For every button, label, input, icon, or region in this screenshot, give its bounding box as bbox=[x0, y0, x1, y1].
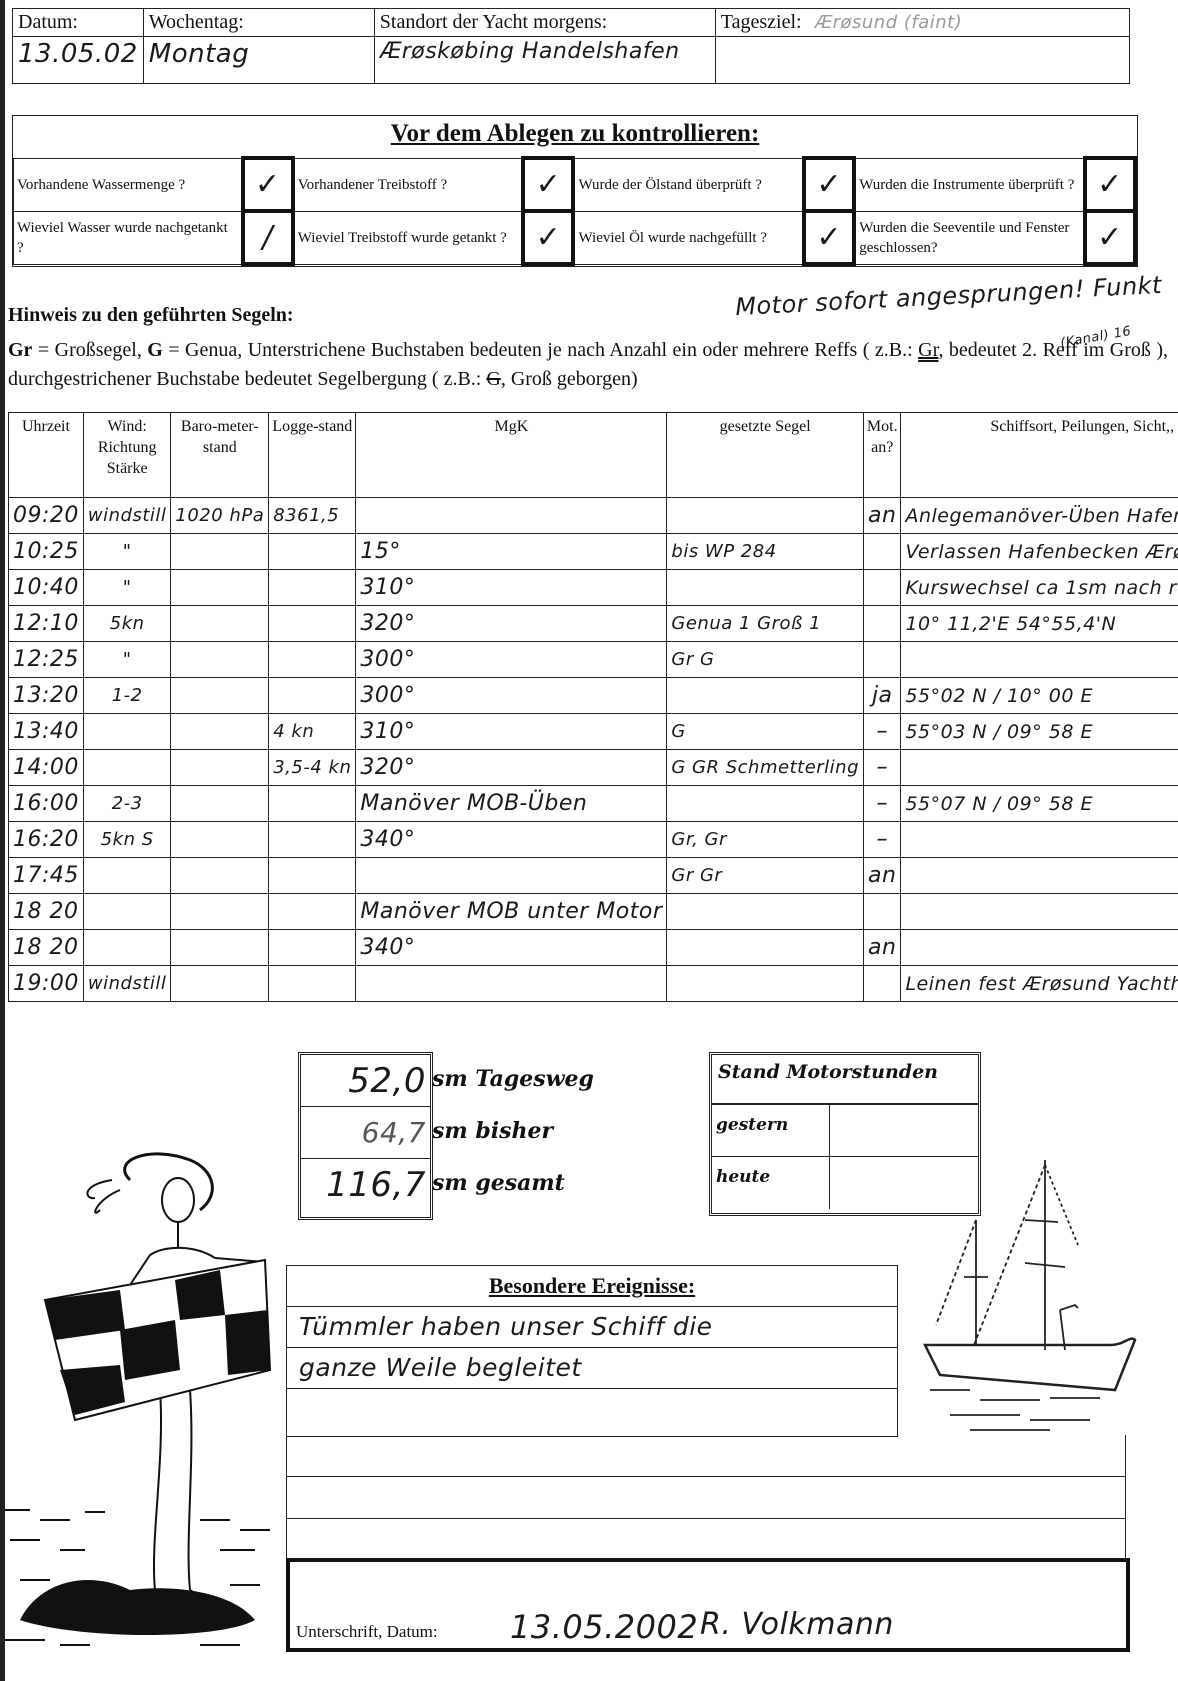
motor-hours-today-label: heute bbox=[712, 1157, 830, 1209]
special-events-extra-lines bbox=[286, 1435, 1126, 1561]
log-cell-time[interactable]: 19:00 bbox=[9, 966, 84, 1002]
log-cell-mgk[interactable]: 310° bbox=[356, 570, 667, 606]
column-header-wind: Wind: Richtung Stärke bbox=[83, 413, 171, 498]
hint-reef-example: Gr bbox=[918, 339, 938, 361]
log-cell-mgk[interactable]: 320° bbox=[356, 606, 667, 642]
log-cell-log[interactable]: 8361,5 bbox=[269, 498, 356, 534]
distance-box: 52,0 64,7 116,7 bbox=[298, 1052, 433, 1220]
column-header-log: Logge-stand bbox=[269, 413, 356, 498]
check-label-fuel-refill: Wieviel Treibstoff wurde getankt ? bbox=[293, 211, 524, 264]
log-cell-mgk[interactable]: 340° bbox=[356, 822, 667, 858]
log-cell-mgk[interactable]: 320° bbox=[356, 750, 667, 786]
blank-line[interactable] bbox=[287, 1477, 1125, 1519]
column-header-baro: Baro-meter-stand bbox=[171, 413, 269, 498]
log-cell-events[interactable]: 10° 11,2'E 54°55,4'N bbox=[901, 606, 1178, 642]
log-cell-baro[interactable] bbox=[171, 894, 269, 930]
hint-part: = Großsegel, bbox=[32, 339, 147, 361]
check-label-oil-refill: Wieviel Öl wurde nachgefüllt ? bbox=[573, 211, 804, 264]
checklist-title: Vor dem Ablegen zu kontrollieren: bbox=[391, 120, 760, 147]
woman-with-flag-illustration bbox=[0, 1140, 290, 1660]
check-box-oil[interactable]: ✓ bbox=[804, 158, 854, 211]
log-cell-time[interactable]: 13:40 bbox=[9, 714, 84, 750]
log-cell-time[interactable]: 12:25 bbox=[9, 642, 84, 678]
log-cell-log[interactable]: 4 kn bbox=[269, 714, 356, 750]
log-cell-mgk[interactable]: 340° bbox=[356, 930, 667, 966]
check-box-water[interactable]: ✓ bbox=[243, 158, 293, 211]
check-label-water: Vorhandene Wassermenge ? bbox=[14, 158, 243, 211]
log-cell-motor[interactable]: – bbox=[864, 750, 901, 786]
check-label-fuel: Vorhandener Treibstoff ? bbox=[293, 158, 524, 211]
log-cell-events[interactable]: 55°02 N / 10° 00 E bbox=[901, 678, 1178, 714]
log-cell-mgk[interactable] bbox=[356, 966, 667, 1002]
log-cell-log[interactable] bbox=[269, 894, 356, 930]
date-value[interactable]: 13.05.02 bbox=[13, 37, 144, 84]
log-cell-mgk[interactable]: Manöver MOB-Üben bbox=[356, 786, 667, 822]
motor-hours-title: Stand Motorstunden bbox=[712, 1055, 978, 1105]
distance-total-label: sm gesamt bbox=[432, 1170, 565, 1196]
log-row: 09:20windstill1020 hPa8361,5anAnlegemanö… bbox=[9, 498, 1178, 534]
log-cell-wind[interactable]: " bbox=[83, 642, 171, 678]
log-cell-mgk[interactable]: 310° bbox=[356, 714, 667, 750]
goal-label: Tagesziel: bbox=[721, 11, 802, 33]
check-box-fuel[interactable]: ✓ bbox=[523, 158, 573, 211]
log-cell-motor[interactable]: an bbox=[864, 858, 901, 894]
hint-part: , Groß geborgen) bbox=[501, 368, 638, 390]
location-label: Standort der Yacht morgens: bbox=[374, 9, 715, 37]
log-cell-log[interactable] bbox=[269, 642, 356, 678]
log-row: 12:105kn320°Genua 1 Groß 110° 11,2'E 54°… bbox=[9, 606, 1178, 642]
sail-hint-title: Hinweis zu den geführten Segeln: bbox=[8, 304, 294, 327]
motor-hours-yesterday-label: gestern bbox=[712, 1105, 830, 1156]
check-label-instruments: Wurden die Instrumente überprüft ? bbox=[854, 158, 1085, 211]
log-cell-time[interactable]: 17:45 bbox=[9, 858, 84, 894]
log-cell-events[interactable]: Anlegemanöver-Üben Hafenbecken bbox=[901, 498, 1178, 534]
log-cell-sails[interactable]: bis WP 284 bbox=[667, 534, 864, 570]
log-row: 12:25"300°Gr G bbox=[9, 642, 1178, 678]
weekday-value[interactable]: Montag bbox=[143, 37, 374, 84]
signature-date[interactable]: 13.05.2002 bbox=[510, 1608, 698, 1646]
log-cell-time[interactable]: 18 20 bbox=[9, 930, 84, 966]
log-cell-wind[interactable]: 1-2 bbox=[83, 678, 171, 714]
check-box-water-refill[interactable]: / bbox=[243, 211, 293, 264]
hint-strike-example: G bbox=[486, 368, 500, 390]
checkered-flag-icon bbox=[45, 1260, 270, 1420]
log-cell-baro[interactable] bbox=[171, 966, 269, 1002]
log-row: 18 20340°an bbox=[9, 930, 1178, 966]
log-cell-baro[interactable] bbox=[171, 534, 269, 570]
pre-departure-checklist: Vor dem Ablegen zu kontrollieren: Vorhan… bbox=[12, 115, 1138, 267]
hint-gr: Gr bbox=[8, 339, 32, 361]
log-cell-sails[interactable]: Genua 1 Groß 1 bbox=[667, 606, 864, 642]
log-cell-log[interactable] bbox=[269, 858, 356, 894]
log-cell-events[interactable] bbox=[901, 930, 1178, 966]
log-cell-wind[interactable] bbox=[83, 930, 171, 966]
log-cell-baro[interactable] bbox=[171, 930, 269, 966]
special-events-box: Besondere Ereignisse: Tümmler haben unse… bbox=[286, 1265, 898, 1437]
log-cell-log[interactable] bbox=[269, 570, 356, 606]
location-value[interactable]: Ærøskøbing Handelshafen bbox=[374, 37, 715, 84]
log-cell-events[interactable]: 55°07 N / 09° 58 E bbox=[901, 786, 1178, 822]
log-row: 13:201-2300°ja55°02 N / 10° 00 E bbox=[9, 678, 1178, 714]
log-cell-mgk[interactable]: 300° bbox=[356, 642, 667, 678]
column-header-events: Schiffsort, Peilungen, Sicht,, Ereigniss… bbox=[901, 413, 1178, 498]
log-cell-motor[interactable]: an bbox=[864, 498, 901, 534]
log-cell-log[interactable] bbox=[269, 606, 356, 642]
blank-line[interactable] bbox=[287, 1435, 1125, 1477]
log-cell-time[interactable]: 09:20 bbox=[9, 498, 84, 534]
log-cell-events[interactable] bbox=[901, 858, 1178, 894]
check-box-seacocks[interactable]: ✓ bbox=[1085, 211, 1135, 264]
log-cell-time[interactable]: 16:20 bbox=[9, 822, 84, 858]
log-cell-baro[interactable] bbox=[171, 822, 269, 858]
log-cell-mgk[interactable]: 15° bbox=[356, 534, 667, 570]
special-events-line[interactable]: Tümmler haben unser Schiff die bbox=[287, 1307, 897, 1348]
log-cell-baro[interactable] bbox=[171, 714, 269, 750]
log-cell-time[interactable]: 16:00 bbox=[9, 786, 84, 822]
log-cell-sails[interactable] bbox=[667, 930, 864, 966]
log-cell-sails[interactable]: Gr G bbox=[667, 642, 864, 678]
log-cell-motor[interactable] bbox=[864, 642, 901, 678]
log-cell-events[interactable]: 55°03 N / 09° 58 E bbox=[901, 714, 1178, 750]
log-cell-wind[interactable] bbox=[83, 750, 171, 786]
log-cell-sails[interactable]: G GR Schmetterling bbox=[667, 750, 864, 786]
log-cell-mgk[interactable] bbox=[356, 498, 667, 534]
log-cell-wind[interactable]: " bbox=[83, 534, 171, 570]
sailboat-illustration bbox=[900, 1150, 1150, 1440]
log-row: 13:404 kn310°G–55°03 N / 09° 58 E bbox=[9, 714, 1178, 750]
log-cell-motor[interactable]: – bbox=[864, 822, 901, 858]
log-cell-baro[interactable] bbox=[171, 750, 269, 786]
log-cell-log[interactable] bbox=[269, 534, 356, 570]
log-cell-motor[interactable]: – bbox=[864, 714, 901, 750]
distance-day-label: sm Tagesweg bbox=[432, 1066, 594, 1092]
hint-part: = Genua, Unterstrichene Buchstaben bedeu… bbox=[163, 339, 918, 361]
log-cell-time[interactable]: 13:20 bbox=[9, 678, 84, 714]
log-cell-mgk[interactable]: Manöver MOB unter Motor bbox=[356, 894, 667, 930]
log-row: 16:002-3Manöver MOB-Üben–55°07 N / 09° 5… bbox=[9, 786, 1178, 822]
log-cell-baro[interactable]: 1020 hPa bbox=[171, 498, 269, 534]
log-cell-wind[interactable]: windstill bbox=[83, 498, 171, 534]
log-row: 10:40"310°Kurswechsel ca 1sm nach re. An… bbox=[9, 570, 1178, 606]
log-cell-sails[interactable] bbox=[667, 498, 864, 534]
log-cell-events[interactable] bbox=[901, 894, 1178, 930]
goal-value[interactable]: Ærøsund (faint) bbox=[815, 12, 963, 33]
log-cell-events[interactable]: Verlassen Hafenbecken Ærøskøbing bbox=[901, 534, 1178, 570]
special-events-title: Besondere Ereignisse: bbox=[489, 1273, 695, 1298]
check-box-instruments[interactable]: ✓ bbox=[1085, 158, 1135, 211]
log-cell-log[interactable] bbox=[269, 966, 356, 1002]
log-row: 14:003,5-4 kn320°G GR Schmetterling– bbox=[9, 750, 1178, 786]
log-cell-sails[interactable]: Gr, Gr bbox=[667, 822, 864, 858]
log-cell-wind[interactable]: " bbox=[83, 570, 171, 606]
signature-box: Unterschrift, Datum: 13.05.2002 R. Volkm… bbox=[286, 1558, 1130, 1652]
log-cell-time[interactable]: 10:25 bbox=[9, 534, 84, 570]
weekday-label: Wochentag: bbox=[143, 9, 374, 37]
distance-prev-label: sm bisher bbox=[432, 1118, 553, 1144]
distance-prev-value[interactable]: 64,7 bbox=[301, 1107, 430, 1159]
log-cell-wind[interactable]: 2-3 bbox=[83, 786, 171, 822]
header-table: Datum: Wochentag: Standort der Yacht mor… bbox=[12, 8, 1130, 84]
log-cell-motor[interactable]: an bbox=[864, 930, 901, 966]
log-table: UhrzeitWind: Richtung StärkeBaro-meter-s… bbox=[8, 412, 1178, 1002]
distance-total-value[interactable]: 116,7 bbox=[301, 1159, 430, 1211]
log-cell-baro[interactable] bbox=[171, 570, 269, 606]
log-cell-time[interactable]: 14:00 bbox=[9, 750, 84, 786]
blank-line[interactable] bbox=[287, 1519, 1125, 1560]
log-cell-mgk[interactable]: 300° bbox=[356, 678, 667, 714]
log-cell-motor[interactable]: – bbox=[864, 786, 901, 822]
column-header-sails: gesetzte Segel bbox=[667, 413, 864, 498]
log-cell-baro[interactable] bbox=[171, 678, 269, 714]
log-cell-wind[interactable]: 5kn S bbox=[83, 822, 171, 858]
log-cell-motor[interactable] bbox=[864, 606, 901, 642]
sail-hint-text: Gr = Großsegel, G = Genua, Unterstrichen… bbox=[8, 336, 1168, 394]
column-header-mgk: MgK bbox=[356, 413, 667, 498]
log-cell-wind[interactable] bbox=[83, 714, 171, 750]
log-cell-log[interactable] bbox=[269, 678, 356, 714]
log-cell-events[interactable]: Leinen fest Ærøsund Yachthafen bbox=[901, 966, 1178, 1002]
log-cell-time[interactable]: 18 20 bbox=[9, 894, 84, 930]
column-header-time: Uhrzeit bbox=[9, 413, 84, 498]
log-cell-log[interactable] bbox=[269, 786, 356, 822]
log-cell-log[interactable] bbox=[269, 822, 356, 858]
log-cell-sails[interactable] bbox=[667, 678, 864, 714]
log-row: 19:00windstillLeinen fest Ærøsund Yachth… bbox=[9, 966, 1178, 1002]
column-header-motor: Mot. an? bbox=[864, 413, 901, 498]
check-label-oil: Wurde der Ölstand überprüft ? bbox=[573, 158, 804, 211]
log-row: 16:205kn S340°Gr, Gr– bbox=[9, 822, 1178, 858]
log-cell-wind[interactable] bbox=[83, 894, 171, 930]
log-cell-wind[interactable] bbox=[83, 858, 171, 894]
check-box-fuel-refill[interactable]: ✓ bbox=[523, 211, 573, 264]
log-cell-motor[interactable] bbox=[864, 894, 901, 930]
check-box-oil-refill[interactable]: ✓ bbox=[804, 211, 854, 264]
log-cell-time[interactable]: 12:10 bbox=[9, 606, 84, 642]
log-cell-events[interactable] bbox=[901, 822, 1178, 858]
log-cell-log[interactable] bbox=[269, 930, 356, 966]
log-cell-log[interactable]: 3,5-4 kn bbox=[269, 750, 356, 786]
log-cell-events[interactable] bbox=[901, 642, 1178, 678]
log-cell-motor[interactable] bbox=[864, 534, 901, 570]
log-cell-baro[interactable] bbox=[171, 606, 269, 642]
log-cell-motor[interactable] bbox=[864, 966, 901, 1002]
special-events-line[interactable]: ganze Weile begleitet bbox=[287, 1348, 897, 1389]
log-cell-motor[interactable]: ja bbox=[864, 678, 901, 714]
log-cell-sails[interactable] bbox=[667, 786, 864, 822]
handwritten-motor-note: Motor sofort angesprungen! Funkt bbox=[735, 271, 1163, 321]
log-cell-wind[interactable]: windstill bbox=[83, 966, 171, 1002]
log-cell-sails[interactable] bbox=[667, 894, 864, 930]
log-cell-events[interactable] bbox=[901, 750, 1178, 786]
motor-hours-yesterday-value[interactable] bbox=[830, 1105, 978, 1156]
hint-g: G bbox=[147, 339, 163, 361]
log-cell-baro[interactable] bbox=[171, 642, 269, 678]
log-cell-baro[interactable] bbox=[171, 786, 269, 822]
check-label-seacocks: Wurden die Seeventile und Fenster geschl… bbox=[854, 211, 1085, 264]
date-label: Datum: bbox=[13, 9, 144, 37]
log-cell-sails[interactable] bbox=[667, 570, 864, 606]
log-row: 18 20Manöver MOB unter Motor bbox=[9, 894, 1178, 930]
signature-name[interactable]: R. Volkmann bbox=[700, 1607, 894, 1642]
log-cell-events[interactable]: Kurswechsel ca 1sm nach re. Ansteuerung bbox=[901, 570, 1178, 606]
log-cell-mgk[interactable] bbox=[356, 858, 667, 894]
log-row: 10:25"15°bis WP 284Verlassen Hafenbecken… bbox=[9, 534, 1178, 570]
log-cell-wind[interactable]: 5kn bbox=[83, 606, 171, 642]
log-cell-time[interactable]: 10:40 bbox=[9, 570, 84, 606]
goal-blank[interactable] bbox=[715, 37, 1129, 84]
signature-label: Unterschrift, Datum: bbox=[296, 1622, 438, 1642]
log-cell-sails[interactable]: Gr Gr bbox=[667, 858, 864, 894]
log-cell-motor[interactable] bbox=[864, 570, 901, 606]
log-cell-baro[interactable] bbox=[171, 858, 269, 894]
distance-day-value[interactable]: 52,0 bbox=[301, 1055, 430, 1107]
log-cell-sails[interactable] bbox=[667, 966, 864, 1002]
log-cell-sails[interactable]: G bbox=[667, 714, 864, 750]
check-label-water-refill: Wieviel Wasser wurde nachgetankt ? bbox=[14, 211, 243, 264]
special-events-line[interactable] bbox=[287, 1389, 897, 1429]
log-row: 17:45Gr Gran bbox=[9, 858, 1178, 894]
